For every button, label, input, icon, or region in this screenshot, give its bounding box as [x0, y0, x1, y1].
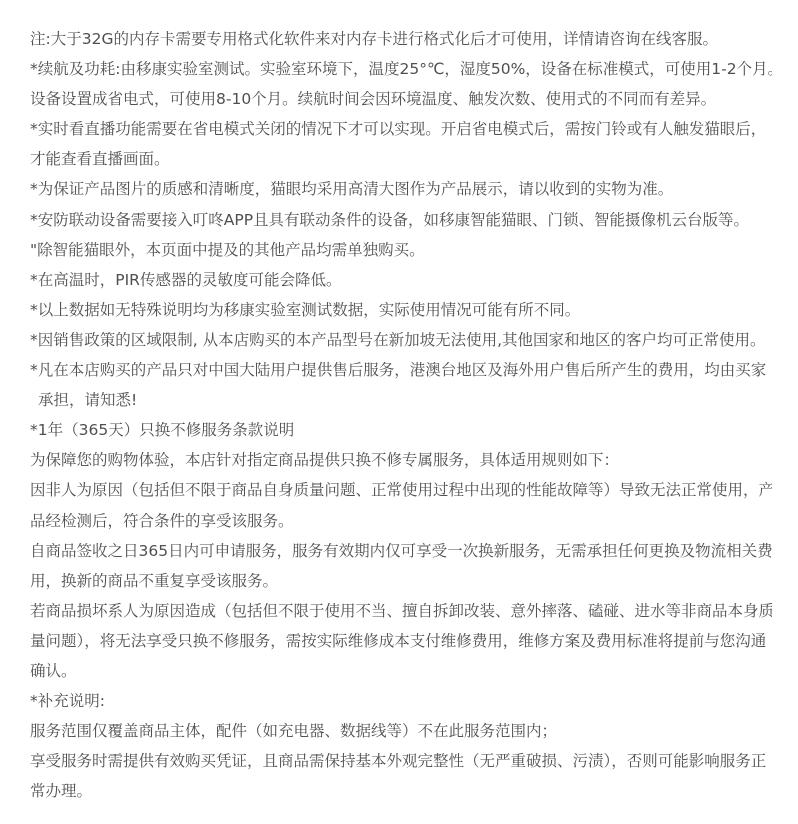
- text-line: *补充说明:: [30, 686, 772, 716]
- text-line: *实时看直播功能需要在省电模式关闭的情况下才可以实现。开启省电模式后，需按门铃或…: [30, 114, 772, 144]
- text-line: *为保证产品图片的质感和清晰度，猫眼均采用高清大图作为产品展示，请以收到的实物为…: [30, 174, 772, 204]
- text-line: 享受服务时需提供有效购买凭证，且商品需保持基本外观完整性（无严重破损、污渍），否…: [30, 746, 772, 776]
- text-line: 量问题），将无法享受只换不修服务，需按实际维修成本支付维修费用，维修方案及费用标…: [30, 626, 772, 656]
- text-line: 自商品签收之日365日内可申请服务，服务有效期内仅可享受一次换新服务，无需承担任…: [30, 536, 772, 566]
- text-line: 因非人为原因（包括但不限于商品自身质量问题、正常使用过程中出现的性能故障等）导致…: [30, 475, 772, 505]
- text-line: *续航及功耗:由移康实验室测试。实验室环境下，温度25°℃，湿度50%，设备在标…: [30, 54, 772, 84]
- text-line: *凡在本店购买的产品只对中国大陆用户提供售后服务，港澳台地区及海外用户售后所产生…: [30, 355, 772, 385]
- text-line: "除智能猫眼外，本页面中提及的其他产品均需单独购买。: [30, 235, 772, 265]
- product-notes-section: 注:大于32G的内存卡需要专用格式化软件来对内存卡进行格式化后才可使用，详情请咨…: [0, 0, 798, 824]
- page: { "page": { "background_color": "#ffffff…: [0, 0, 798, 824]
- text-line: 才能查看直播画面。: [30, 144, 772, 174]
- text-line: 若商品损坏系人为原因造成（包括但不限于使用不当、擅自拆卸改装、意外摔落、磕碰、进…: [30, 596, 772, 626]
- text-line: *1年（365天）只换不修服务条款说明: [30, 415, 772, 445]
- text-line: 服务范围仅覆盖商品主体，配件（如充电器、数据线等）不在此服务范围内；: [30, 716, 772, 746]
- text-line: 用，换新的商品不重复享受该服务。: [30, 566, 772, 596]
- text-line: 品经检测后，符合条件的享受该服务。: [30, 506, 772, 536]
- text-line: 确认。: [30, 656, 772, 686]
- text-line: 常办理。: [30, 776, 772, 806]
- text-line: 设备设置成省电式，可使用8-10个月。续航时间会因环境温度、触发次数、使用式的不…: [30, 84, 772, 114]
- text-line: *在高温时，PIR传感器的灵敏度可能会降低。: [30, 265, 772, 295]
- text-line: *以上数据如无特殊说明均为移康实验室测试数据，实际使用情况可能有所不同。: [30, 295, 772, 325]
- text-line: *安防联动设备需要接入叮咚APP且具有联动条件的设备，如移康智能猫眼、门锁、智能…: [30, 205, 772, 235]
- text-line: 为保障您的购物体验，本店针对指定商品提供只换不修专属服务，具体适用规则如下：: [30, 445, 772, 475]
- text-line: *因销售政策的区域限制, 从本店购买的本产品型号在新加坡无法使用,其他国家和地区…: [30, 325, 772, 355]
- text-line: 注:大于32G的内存卡需要专用格式化软件来对内存卡进行格式化后才可使用，详情请咨…: [30, 24, 772, 54]
- text-line: 承担，请知悉!: [30, 385, 772, 415]
